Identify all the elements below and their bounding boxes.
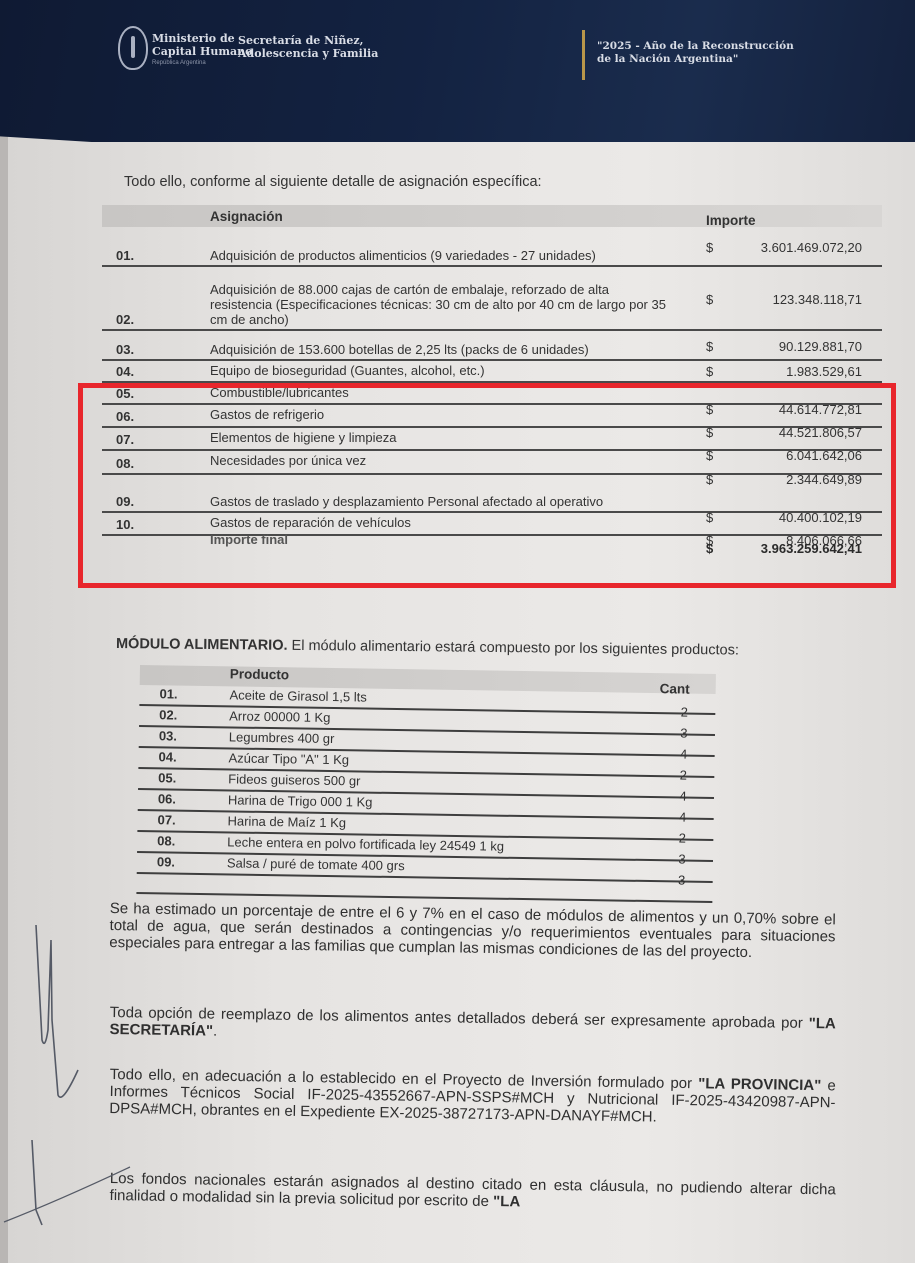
- row-description: Equipo de bioseguridad (Guantes, alcohol…: [210, 363, 670, 378]
- intro-text: Todo ello, conforme al siguiente detalle…: [124, 174, 542, 190]
- product-number: 01.: [159, 686, 177, 701]
- product-qty: 2: [674, 704, 694, 719]
- ministry-subtitle: República Argentina: [152, 60, 206, 66]
- row-number: 02.: [116, 312, 134, 327]
- product-number: 07.: [157, 812, 175, 827]
- product-name: Harina de Maíz 1 Kg: [227, 813, 346, 830]
- letterhead-banner: Ministerio de Capital Humano República A…: [0, 0, 915, 142]
- product-qty: 2: [672, 830, 692, 845]
- p4-bold: "LA: [493, 1193, 520, 1210]
- product-number: 02.: [159, 707, 177, 722]
- product-table: Producto Cant 01.Aceite de Girasol 1,5 l…: [136, 665, 716, 903]
- header-divider: [582, 30, 585, 80]
- row-description: Adquisición de 88.000 cajas de cartón de…: [210, 282, 670, 327]
- allocation-row: 03.Adquisición de 153.600 botellas de 2,…: [102, 331, 882, 361]
- product-number: 06.: [158, 791, 176, 806]
- product-name: Salsa / puré de tomate 400 grs: [227, 855, 405, 873]
- row-amount: 123.348.118,71: [773, 292, 862, 307]
- row-description: Adquisición de 153.600 botellas de 2,25 …: [210, 342, 670, 357]
- product-name: Harina de Trigo 000 1 Kg: [228, 792, 373, 809]
- last-qty: 3: [672, 872, 692, 887]
- allocation-row: 02.Adquisición de 88.000 cajas de cartón…: [102, 267, 882, 331]
- red-highlight-box: [78, 383, 896, 588]
- product-name: Azúcar Tipo "A" 1 Kg: [228, 750, 349, 767]
- product-number: 09.: [157, 854, 175, 869]
- allocation-table-header: Asignación Importe: [102, 205, 882, 227]
- product-qty: 4: [673, 788, 693, 803]
- row-description: Adquisición de productos alimenticios (9…: [210, 248, 670, 263]
- allocation-row: 01.Adquisición de productos alimenticios…: [102, 227, 882, 267]
- product-number: 03.: [159, 728, 177, 743]
- product-number: 04.: [158, 749, 176, 764]
- col-amount: Importe: [706, 213, 756, 228]
- secretariat-line2: Adolescencia y Familia: [238, 47, 378, 60]
- product-number: 05.: [158, 770, 176, 785]
- product-name: Leche entera en polvo fortificada ley 24…: [227, 834, 504, 853]
- allocation-row: 04.Equipo de bioseguridad (Guantes, alco…: [102, 361, 882, 383]
- col-assignment: Asignación: [210, 209, 283, 224]
- year-motto: "2025 - Año de la Reconstrucción de la N…: [597, 40, 794, 66]
- secretariat-line1: Secretaría de Niñez,: [238, 34, 378, 47]
- p3-bold: "LA PROVINCIA": [698, 1075, 821, 1094]
- motto-line2: de la Nación Argentina": [597, 53, 794, 66]
- product-number: 08.: [157, 833, 175, 848]
- product-rows: 01.Aceite de Girasol 1,5 lts02.Arroz 000…: [137, 685, 716, 883]
- product-name: Fideos guiseros 500 gr: [228, 771, 360, 788]
- col-product: Producto: [230, 666, 289, 682]
- row-amount: 3.601.469.072,20: [761, 240, 862, 255]
- secretariat-name: Secretaría de Niñez, Adolescencia y Fami…: [238, 34, 378, 60]
- currency-symbol: $: [706, 292, 713, 307]
- product-qty: 3: [672, 851, 692, 866]
- row-number: 04.: [116, 364, 134, 379]
- product-qty: 3: [674, 725, 694, 740]
- product-name: Arroz 00000 1 Kg: [229, 708, 330, 725]
- currency-symbol: $: [706, 364, 713, 379]
- product-name: Legumbres 400 gr: [229, 729, 335, 746]
- row-number: 01.: [116, 248, 134, 263]
- row-amount: 90.129.881,70: [779, 339, 862, 354]
- product-qty: 4: [673, 809, 693, 824]
- product-name: Aceite de Girasol 1,5 lts: [229, 687, 367, 704]
- currency-symbol: $: [706, 339, 713, 354]
- row-amount: 1.983.529,61: [786, 364, 862, 379]
- food-module-title: MÓDULO ALIMENTARIO.: [116, 636, 288, 654]
- row-number: 03.: [116, 342, 134, 357]
- national-coat-of-arms-icon: [118, 26, 148, 70]
- product-qty: 2: [673, 767, 693, 782]
- product-qty: 4: [674, 746, 694, 761]
- currency-symbol: $: [706, 240, 713, 255]
- motto-line1: "2025 - Año de la Reconstrucción: [597, 40, 794, 53]
- p2-end: .: [213, 1023, 217, 1040]
